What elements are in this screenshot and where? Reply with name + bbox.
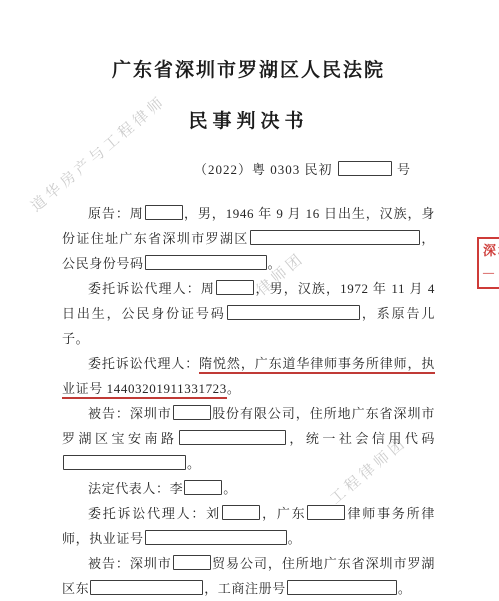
judgment-document-page: 道华房产与工程律师 律师团 工程律师团 深圳 — 广东省深圳市罗湖区人民法院 民… [0,0,499,601]
redacted-box [287,580,397,595]
paragraph: 委托诉讼代理人：周，男，汉族，1972 年 11 月 4 日出生，公民身份证号码… [62,276,435,351]
stamp-dash: — [483,265,499,281]
paragraph: 法定代表人：李。 [62,476,435,501]
document-body: 原告：周，男，1946 年 9 月 16 日出生，汉族，身份证住址广东省深圳市罗… [62,201,435,601]
redacted-box [173,555,211,570]
redacted-box [216,280,254,295]
redacted-box [145,205,183,220]
redacted-box [63,455,186,470]
redacted-box [250,230,420,245]
text-segment: 被告：深圳市 [88,406,172,421]
redacted-box [145,255,267,270]
text-segment: 。 [288,531,302,546]
text-segment: 被告：深圳市 [88,556,172,571]
text-segment: 。 [398,581,412,596]
paragraph: 原告：周，男，1946 年 9 月 16 日出生，汉族，身份证住址广东省深圳市罗… [62,201,435,276]
text-segment: ，广东 [261,506,306,521]
paragraph: 委托诉讼代理人：刘，广东律师事务所律师，执业证号。 [62,501,435,551]
text-segment: 委托诉讼代理人：周 [88,281,215,296]
paragraph: 被告：深圳市贸易公司，住所地广东省深圳市罗湖区东，工商注册号。 [62,551,435,601]
document-content: 广东省深圳市罗湖区人民法院 民事判决书 （2022）粤 0303 民初 号 原告… [0,0,499,601]
case-number-prefix: （2022）粤 0303 民初 [194,162,333,177]
case-number-suffix: 号 [397,162,411,177]
text-segment: 法定代表人：李 [88,481,183,496]
text-segment: 委托诉讼代理人：刘 [88,506,221,521]
text-segment: ，统一社会信用代码 [287,431,436,446]
case-number: （2022）粤 0303 民初 号 [62,160,435,180]
redacted-box [227,305,360,320]
paragraph: 委托诉讼代理人：隋悦然，广东道华律师事务所律师，执业证号 14403201911… [62,351,435,401]
text-segment: 。 [268,256,282,271]
redacted-box [173,405,211,420]
text-segment: 。 [187,456,201,471]
redacted-box [222,505,260,520]
text-segment: 。 [227,381,241,396]
text-segment: 。 [223,481,237,496]
text-segment: ，工商注册号 [204,581,286,596]
text-segment: 原告：周 [88,206,144,221]
paragraph: 被告：深圳市股份有限公司，住所地广东省深圳市罗湖区宝安南路，统一社会信用代码。 [62,401,435,476]
redacted-box [90,580,203,595]
redacted-box [179,430,286,445]
document-title: 民事判决书 [62,109,435,135]
court-name: 广东省深圳市罗湖区人民法院 [62,58,435,84]
redacted-box [338,161,392,176]
redacted-box [184,480,222,495]
stamp-text: 深圳 [483,243,499,258]
text-segment: 委托诉讼代理人： [88,356,199,371]
redacted-box [145,530,287,545]
red-stamp: 深圳 — [477,237,499,289]
redacted-box [307,505,345,520]
